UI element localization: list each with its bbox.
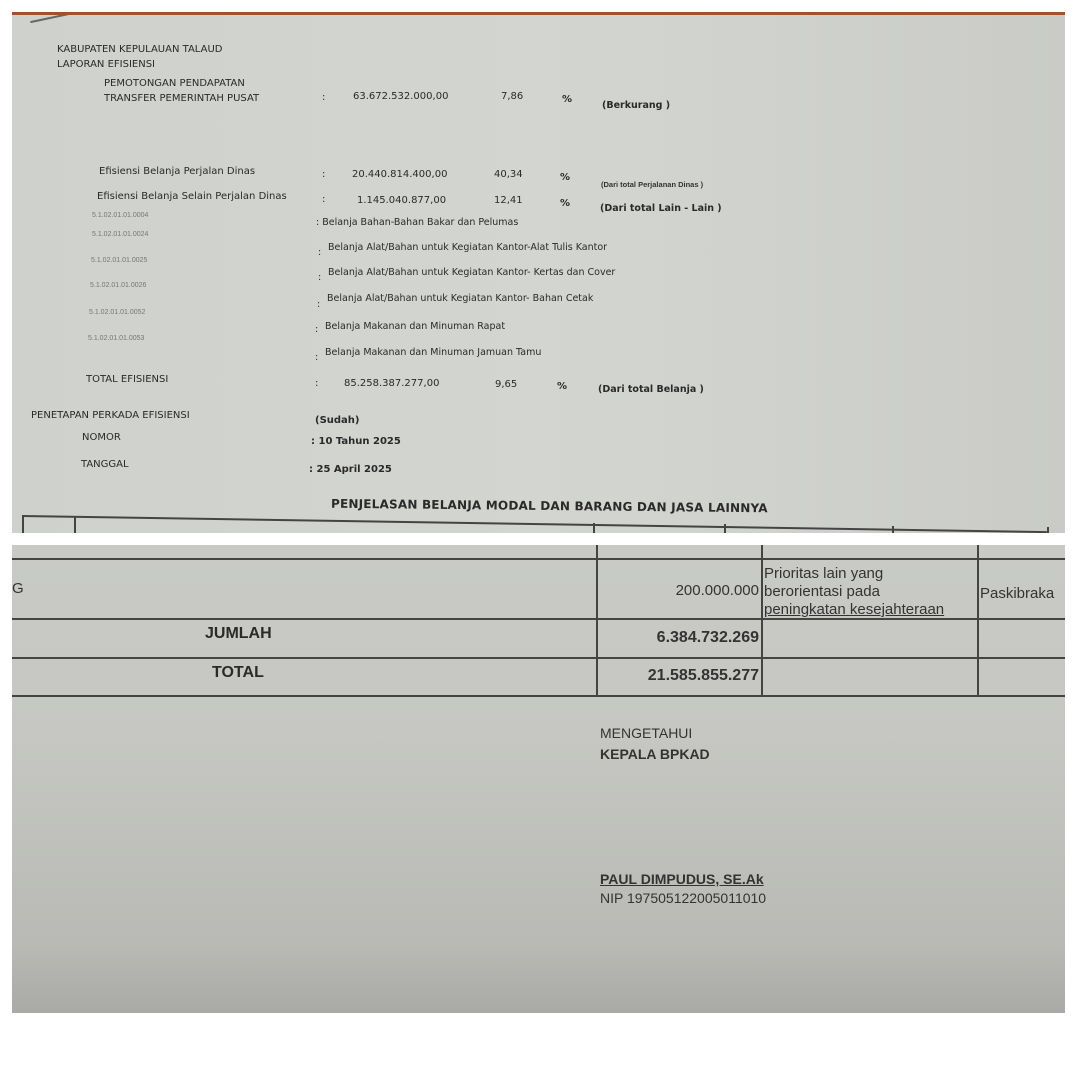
row-description-line: Prioritas lain yang (764, 565, 883, 582)
account-code: 5.1.02.01.01.0004 (92, 212, 148, 219)
pemotongan-colon: : (322, 92, 325, 103)
total-label: TOTAL (212, 664, 264, 682)
row-description-line: peningkatan kesejahteraan (764, 601, 944, 618)
efisiensi-selain-note: (Dari total Lain - Lain ) (600, 203, 722, 214)
account-code: 5.1.02.01.01.0024 (92, 231, 148, 238)
row-remark: Paskibraka (980, 585, 1054, 602)
penetapan-status: (Sudah) (315, 415, 360, 426)
pemotongan-percent: 7,86 (501, 91, 523, 102)
item-colon: : (315, 324, 318, 335)
efisiensi-perjalanan-note: (Dari total Perjalanan Dinas ) (601, 180, 703, 189)
account-item: Belanja Alat/Bahan untuk Kegiatan Kantor… (328, 267, 615, 278)
efisiensi-perjalanan-pct-sign: % (560, 172, 570, 183)
total-efisiensi-amount: 85.258.387.277,00 (344, 378, 439, 389)
table-col-line (977, 545, 979, 697)
penetapan-label: PENETAPAN PERKADA EFISIENSI (31, 410, 190, 421)
efisiensi-selain-amount: 1.145.040.877,00 (357, 195, 446, 206)
pemotongan-label-1: PEMOTONGAN PENDAPATAN (104, 78, 245, 89)
efisiensi-selain-pct-sign: % (560, 198, 570, 209)
report-title: LAPORAN EFISIENSI (57, 59, 155, 70)
account-code: 5.1.02.01.01.0053 (88, 335, 144, 342)
item-colon: : (318, 247, 321, 258)
position-title: KEPALA BPKAD (600, 746, 710, 762)
account-code: 5.1.02.01.01.0025 (91, 257, 147, 264)
table-col-line (596, 545, 598, 697)
top-document-photo: KABUPATEN KEPULAUAN TALAUD LAPORAN EFISI… (12, 12, 1065, 533)
pemotongan-pct-sign: % (562, 94, 572, 105)
pemotongan-label-2: TRANSFER PEMERINTAH PUSAT (104, 93, 259, 104)
table-row-line (12, 558, 1065, 560)
total-amount: 21.585.855.277 (602, 667, 759, 685)
efisiensi-selain-colon: : (322, 194, 325, 205)
mengetahui-label: MENGETAHUI (600, 725, 692, 741)
table-col-line (761, 545, 763, 697)
signatory-nip: NIP 197505122005011010 (600, 890, 766, 906)
account-item: Belanja Alat/Bahan untuk Kegiatan Kantor… (328, 242, 607, 253)
table-col-line (892, 526, 894, 533)
efisiensi-perjalanan-percent: 40,34 (494, 169, 523, 180)
total-efisiensi-colon: : (315, 378, 318, 389)
nomor-value: : 10 Tahun 2025 (311, 436, 401, 447)
item-colon: : (317, 299, 320, 310)
efisiensi-perjalanan-label: Efisiensi Belanja Perjalan Dinas (99, 166, 255, 177)
partial-cell-text: G (12, 580, 24, 597)
table-col-line (74, 516, 76, 533)
table-col-line (593, 523, 595, 533)
org-name: KABUPATEN KEPULAUAN TALAUD (57, 44, 222, 55)
total-efisiensi-percent: 9,65 (495, 379, 517, 390)
total-efisiensi-note: (Dari total Belanja ) (598, 384, 704, 395)
table-row-line (12, 657, 1065, 659)
item-colon: : (318, 272, 321, 283)
efisiensi-selain-percent: 12,41 (494, 195, 523, 206)
table-row-line (12, 695, 1065, 697)
account-code: 5.1.02.01.01.0026 (90, 282, 146, 289)
bottom-document-photo: G 200.000.000 Prioritas lain yang berori… (12, 545, 1065, 1013)
table-col-line (22, 515, 24, 533)
table-col-line (724, 524, 726, 533)
table-row-line (12, 618, 1065, 620)
pen-mark (30, 13, 70, 23)
account-item: Belanja Makanan dan Minuman Rapat (325, 321, 505, 332)
row-description-line: berorientasi pada (764, 583, 880, 600)
jumlah-amount: 6.384.732.269 (602, 629, 759, 647)
total-efisiensi-label: TOTAL EFISIENSI (86, 374, 168, 385)
account-code: 5.1.02.01.01.0052 (89, 309, 145, 316)
table-col-line (1047, 527, 1049, 533)
tanggal-value: : 25 April 2025 (309, 464, 392, 475)
section-title: PENJELASAN BELANJA MODAL DAN BARANG DAN … (331, 497, 768, 516)
nomor-label: NOMOR (82, 432, 121, 443)
tanggal-label: TANGGAL (81, 459, 129, 470)
efisiensi-perjalanan-amount: 20.440.814.400,00 (352, 169, 447, 180)
item-colon: : (315, 352, 318, 363)
account-item: Belanja Makanan dan Minuman Jamuan Tamu (325, 347, 541, 358)
row-amount: 200.000.000 (602, 582, 759, 599)
efisiensi-perjalanan-colon: : (322, 169, 325, 180)
pemotongan-note: (Berkurang ) (602, 100, 670, 111)
account-item: : Belanja Bahan-Bahan Bakar dan Pelumas (316, 217, 518, 228)
account-item: Belanja Alat/Bahan untuk Kegiatan Kantor… (327, 293, 593, 304)
efisiensi-selain-label: Efisiensi Belanja Selain Perjalan Dinas (97, 191, 287, 202)
pemotongan-amount: 63.672.532.000,00 (353, 91, 448, 102)
jumlah-label: JUMLAH (205, 625, 272, 643)
total-efisiensi-pct-sign: % (557, 381, 567, 392)
signatory-name: PAUL DIMPUDUS, SE.Ak (600, 871, 764, 887)
